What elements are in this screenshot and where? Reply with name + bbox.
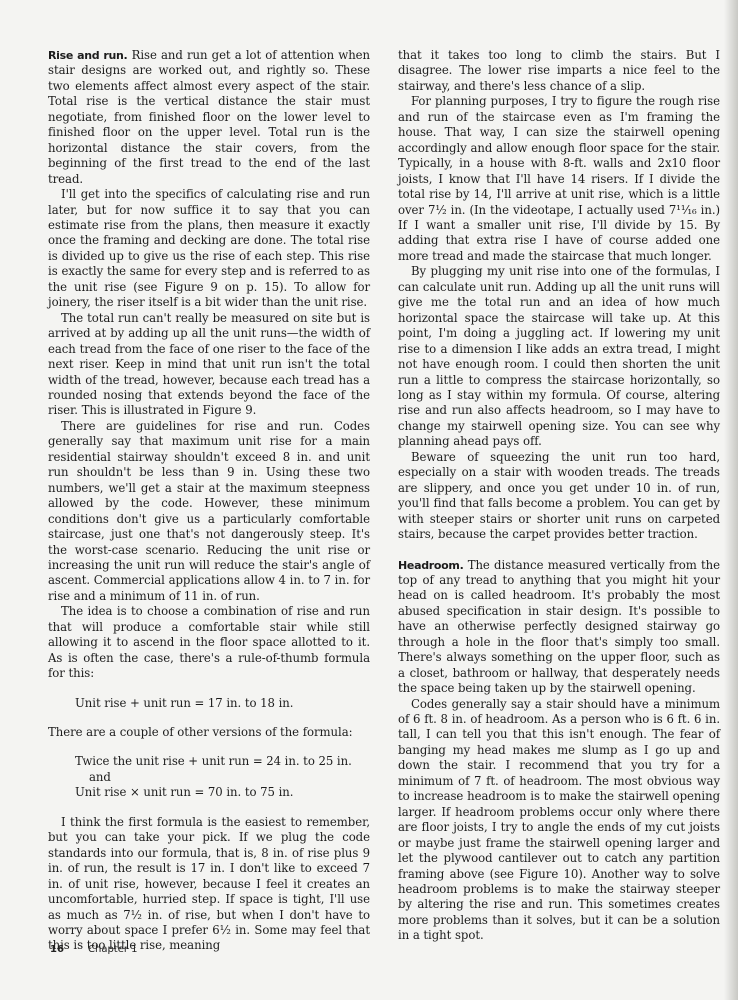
- chapter-label: Chapter 1: [88, 944, 138, 955]
- paragraph: Headroom. The distance measured vertical…: [398, 558, 720, 697]
- paragraph: For planning purposes, I try to figure t…: [398, 94, 720, 264]
- paragraph: Rise and run. Rise and run get a lot of …: [48, 48, 370, 187]
- left-column: Rise and run. Rise and run get a lot of …: [48, 48, 370, 954]
- formula-alternatives: Twice the unit rise + unit run = 24 in. …: [75, 754, 370, 800]
- formula-and: and: [75, 770, 370, 785]
- paragraph: that it takes too long to climb the stai…: [398, 48, 720, 94]
- page-number: 16: [50, 944, 88, 955]
- paragraph: I think the first formula is the easiest…: [48, 815, 370, 954]
- paragraph: Beware of squeezing the unit run too har…: [398, 450, 720, 543]
- paragraph: The total run can't really be measured o…: [48, 311, 370, 419]
- paragraph: There are a couple of other versions of …: [48, 725, 370, 740]
- section-heading-headroom: Headroom.: [398, 559, 463, 572]
- formula-3: Unit rise × unit run = 70 in. to 75 in.: [75, 785, 370, 800]
- paragraph: By plugging my unit rise into one of the…: [398, 264, 720, 449]
- paragraph: The idea is to choose a combination of r…: [48, 604, 370, 681]
- formula-1: Unit rise + unit run = 17 in. to 18 in.: [75, 696, 370, 711]
- page-edge-shadow: [724, 0, 738, 1000]
- paragraph: I'll get into the specifics of calculati…: [48, 187, 370, 311]
- page-footer: 16Chapter 1: [50, 944, 138, 955]
- right-column: that it takes too long to climb the stai…: [398, 48, 720, 944]
- paragraph: Codes generally say a stair should have …: [398, 697, 720, 944]
- formula-2: Twice the unit rise + unit run = 24 in. …: [75, 754, 370, 769]
- section-heading-rise-and-run: Rise and run.: [48, 49, 127, 62]
- paragraph: There are guidelines for rise and run. C…: [48, 419, 370, 604]
